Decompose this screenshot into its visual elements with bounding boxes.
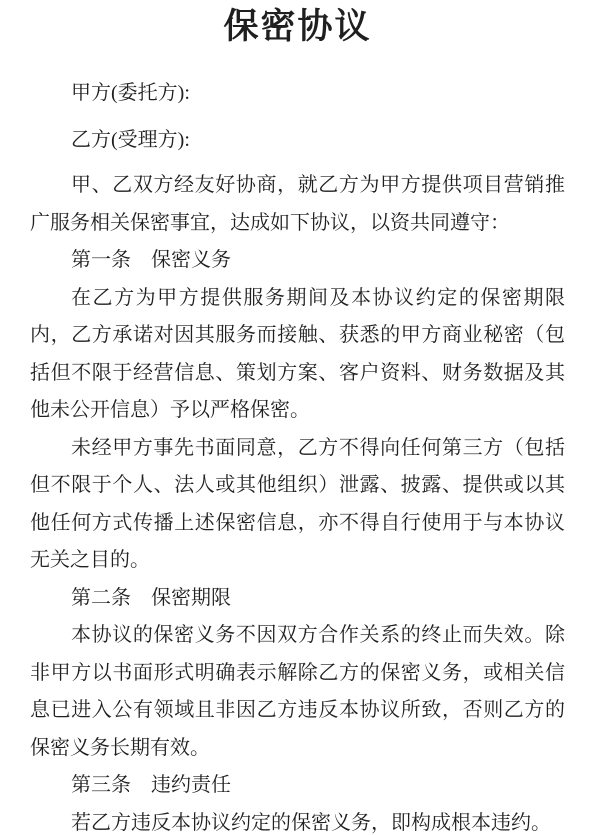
document-page: 保密协议 甲方(委托方): 乙方(受理方): 甲、乙双方经友好协商，就乙方为甲方… (0, 2, 595, 835)
document-text-line: 甲、乙双方经友好协商，就乙方为甲方提供项目营销推 (30, 167, 565, 205)
document-text-line: 本协议的保密义务不因双方合作关系的终止而失效。除 (30, 617, 565, 655)
document-text-line: 在乙方为甲方提供服务期间及本协议约定的保密期限 (30, 280, 565, 318)
document-text-line: 内，乙方承诺对因其服务而接触、获悉的甲方商业秘密（包 (30, 317, 565, 355)
document-body: 甲、乙双方经友好协商，就乙方为甲方提供项目营销推广服务相关保密事宜，达成如下协议… (30, 167, 565, 835)
document-text-line: 无关之目的。 (30, 542, 565, 580)
clause-heading-line: 第一条 保密义务 (30, 242, 565, 280)
document-text-line: 广服务相关保密事宜，达成如下协议，以资共同遵守： (30, 205, 565, 243)
document-text-line: 非甲方以书面形式明确表示解除乙方的保密义务，或相关信 (30, 655, 565, 693)
clause-heading-line: 第二条 保密期限 (30, 580, 565, 618)
party-b-line: 乙方(受理方): (30, 117, 565, 164)
clause-heading-line: 第三条 违约责任 (30, 767, 565, 805)
document-text-line: 但不限于个人、法人或其他组织）泄露、披露、提供或以其 (30, 467, 565, 505)
document-text-line: 他任何方式传播上述保密信息，亦不得自行使用于与本协议 (30, 505, 565, 543)
document-text-line: 若乙方违反本协议约定的保密义务，即构成根本违约。 (30, 805, 565, 835)
document-title: 保密协议 (30, 2, 565, 52)
document-text-line: 他未公开信息）予以严格保密。 (30, 392, 565, 430)
document-text-line: 括但不限于经营信息、策划方案、客户资料、财务数据及其 (30, 355, 565, 393)
document-text-line: 息已进入公有领域且非因乙方违反本协议所致，否则乙方的 (30, 692, 565, 730)
document-text-line: 未经甲方事先书面同意，乙方不得向任何第三方（包括 (30, 430, 565, 468)
party-a-line: 甲方(委托方): (30, 70, 565, 117)
document-text-line: 保密义务长期有效。 (30, 730, 565, 768)
